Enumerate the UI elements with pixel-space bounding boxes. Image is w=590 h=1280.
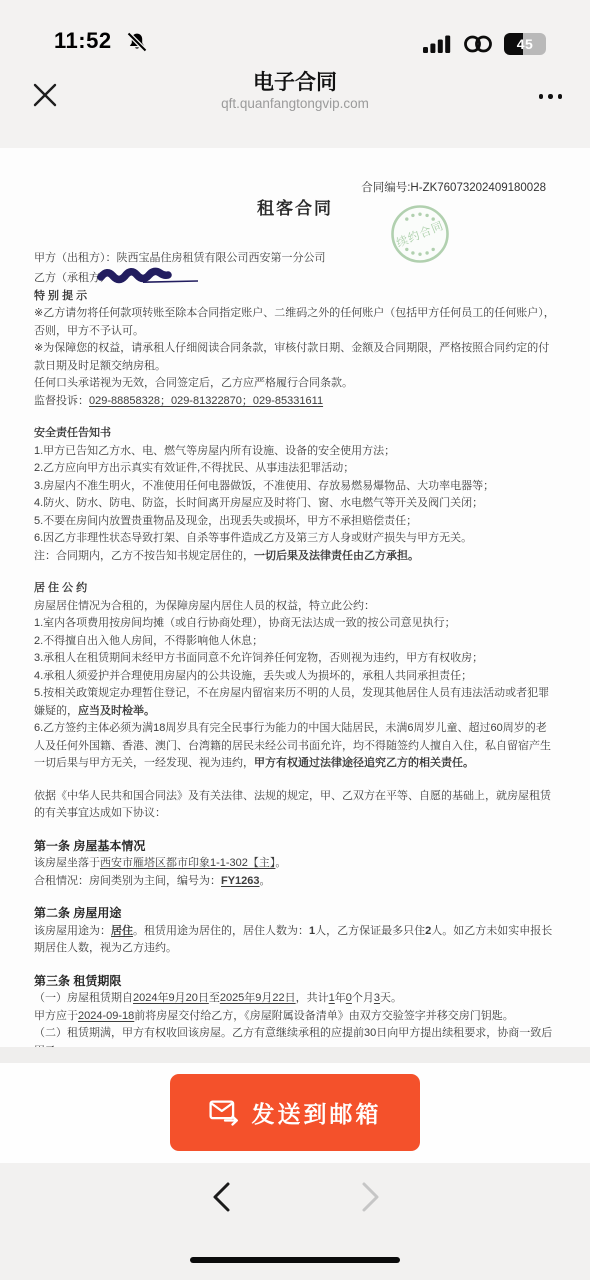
covenant-item: 6.乙方签约主体必须为满18周岁具有完全民事行为能力的中国大陆居民，未满6周岁儿… [34,720,556,773]
covenant-heading: 居 住 公 约 [34,580,556,598]
signal-strength-icon [422,34,452,54]
complaint-phone-numbers: 029-88858328；029-81322870；029-85331611 [89,395,323,407]
page-title: 电子合同 [80,66,510,96]
covenant-item: 1.室内各项费用按房间均摊（或自行协商处理），协商无法达成一致的按公司意见执行； [34,615,556,633]
signature-scribble [97,267,201,285]
send-button-label: 发送到邮箱 [252,1096,382,1129]
handover-date: 2024-09-18 [78,1010,134,1022]
browser-header: 电子合同 qft.quanfangtongvip.com [0,62,590,148]
article3-line3: （二）租赁期满，甲方有权收回该房屋。乙方有意继续承租的应提前30日向甲方提出续租… [34,1025,556,1047]
page-url: qft.quanfangtongvip.com [80,96,510,111]
notice-line-1: ※乙方请勿将任何款项转账至除本合同指定账户、二维码之外的任何账户（包括甲方任何员… [34,305,556,340]
hotspot-link-icon [461,33,495,55]
send-to-email-button[interactable]: 发送到邮箱 [170,1074,420,1151]
safety-note-bold: 一切后果及法律责任由乙方承担。 [254,550,419,562]
legal-basis: 依据《中华人民共和国合同法》及有关法律、法规的规定，甲、乙双方在平等、自愿的基础… [34,788,556,823]
contract-document[interactable]: 合同编号:H-ZK76073202409180028 租客合同 续约合同 甲方（… [0,148,590,1047]
battery-icon: 45 [504,33,546,55]
action-footer: 发送到邮箱 [0,1063,590,1163]
safety-item: 5.不要在房间内放置贵重物品及现金，出现丢失或损坏，甲方不承担赔偿责任； [34,513,556,531]
safety-item: 6.因乙方非理性状态导致打架、自杀等事件造成乙方及第三方人身或财产损失与甲方无关… [34,530,556,548]
safety-item: 2.乙方应向甲方出示真实有效证件,不得扰民、从事违法犯罪活动； [34,460,556,478]
covenant-item: 4.承租人须爱护并合理使用房屋内的公共设施，丢失或人为损坏的，承租人共同承担责任… [34,668,556,686]
close-icon[interactable] [28,78,62,112]
status-bar: 11:52 [0,0,590,62]
article1-heading: 第一条 房屋基本情况 [34,838,556,856]
article3-heading: 第三条 租赁期限 [34,973,556,991]
status-time: 11:52 [54,28,112,54]
safety-note: 注：合同期内，乙方不按告知书规定居住的，一切后果及法律责任由乙方承担。 [34,548,556,566]
covenant-item5-bold: 应当及时检举。 [78,705,155,717]
home-indicator[interactable] [190,1257,400,1263]
battery-percent: 45 [504,33,546,55]
mute-bell-icon [126,31,148,53]
mail-send-icon [209,1099,239,1126]
phone-screen: 11:52 [0,0,590,1280]
article1-line1-pre: 该房屋坐落于 [34,857,100,869]
article1-line1-post: 。 [275,857,286,869]
article1-line2-post: 。 [260,875,271,887]
usage-value: 居住 [111,925,133,937]
party-b-line: 乙方（承租方） [34,267,556,288]
covenant-item: 2.不得擅自出入他人房间，不得影响他人休息； [34,633,556,651]
complaint-line: 监督投诉：029-88858328；029-81322870；029-85331… [34,393,556,411]
safety-item: 1.甲方已告知乙方水、电、燃气等房屋内所有设施、设备的安全使用方法； [34,443,556,461]
article1-line2-pre: 合租情况：房间类别为主间，编号为： [34,875,221,887]
article2-text: 该房屋用途为：居住。租赁用途为居住的，居住人数为：1人，乙方保证最多只住2人。如… [34,923,556,958]
renewal-contract-stamp: 续约合同 [388,202,452,266]
lease-end-date: 2025年9月22日 [220,992,296,1004]
contract-number: 合同编号:H-ZK76073202409180028 [34,180,556,198]
page-separator-band [0,1047,590,1063]
covenant-item: 3.承租人在租赁期间未经甲方书面同意不允许饲养任何宠物，否则视为违约，甲方有权收… [34,650,556,668]
contract-title: 租客合同 [34,198,556,220]
article1-line2: 合租情况：房间类别为主间，编号为：FY1263。 [34,873,556,891]
article1-line1: 该房屋坐落于西安市雁塔区都市印象1-1-302【主】。 [34,855,556,873]
covenant-item: 5.按相关政策规定办理暂住登记，不在房屋内留宿来历不明的人员，发现其他居住人员有… [34,685,556,720]
article3-line2: 甲方应于2024-09-18前将房屋交付给乙方，《房屋附属设备清单》由双方交验签… [34,1008,556,1026]
article2-heading: 第二条 房屋用途 [34,905,556,923]
safety-item: 4.防火、防水、防电、防盗，长时间离开房屋应及时将门、窗、水电燃气等开关及阀门关… [34,495,556,513]
status-right-icons: 45 [422,33,546,55]
covenant-item6-bold: 甲方有权通过法律途径追究乙方的相关责任。 [254,757,474,769]
lease-start-date: 2024年9月20日 [133,992,209,1004]
more-menu-icon[interactable] [537,88,565,105]
safety-note-text: 注：合同期内，乙方不按告知书规定居住的， [34,550,254,562]
room-number: FY1263 [221,875,260,887]
special-notice-heading: 特 别 提 示 [34,288,556,306]
prev-page-icon[interactable] [200,1175,244,1219]
house-address: 西安市雁塔区都市印象1-1-302【主】 [100,857,275,869]
next-page-icon[interactable] [348,1175,392,1219]
party-a-line: 甲方（出租方）：陕西宝晶住房租赁有限公司西安第一分公司 [34,250,556,268]
safety-item: 3.房屋内不准生明火，不准使用任何电器做饭，不准使用、存放易燃易爆物品、大功率电… [34,478,556,496]
notice-line-3: 任何口头承诺视为无效，合同签定后，乙方应严格履行合同条款。 [34,375,556,393]
safety-heading: 安全责任告知书 [34,425,556,443]
complaint-label: 监督投诉： [34,395,89,407]
article3-line1: （一）房屋租赁期自2024年9月20日至2025年9月22日，共计1年0个月3天… [34,990,556,1008]
covenant-intro: 房屋居住情况为合租的，为保障房屋内居住人员的权益，特立此公约： [34,598,556,616]
notice-line-2: ※为保障您的权益，请承租人仔细阅读合同条款，审核付款日期、金额及合同期限，严格按… [34,340,556,375]
